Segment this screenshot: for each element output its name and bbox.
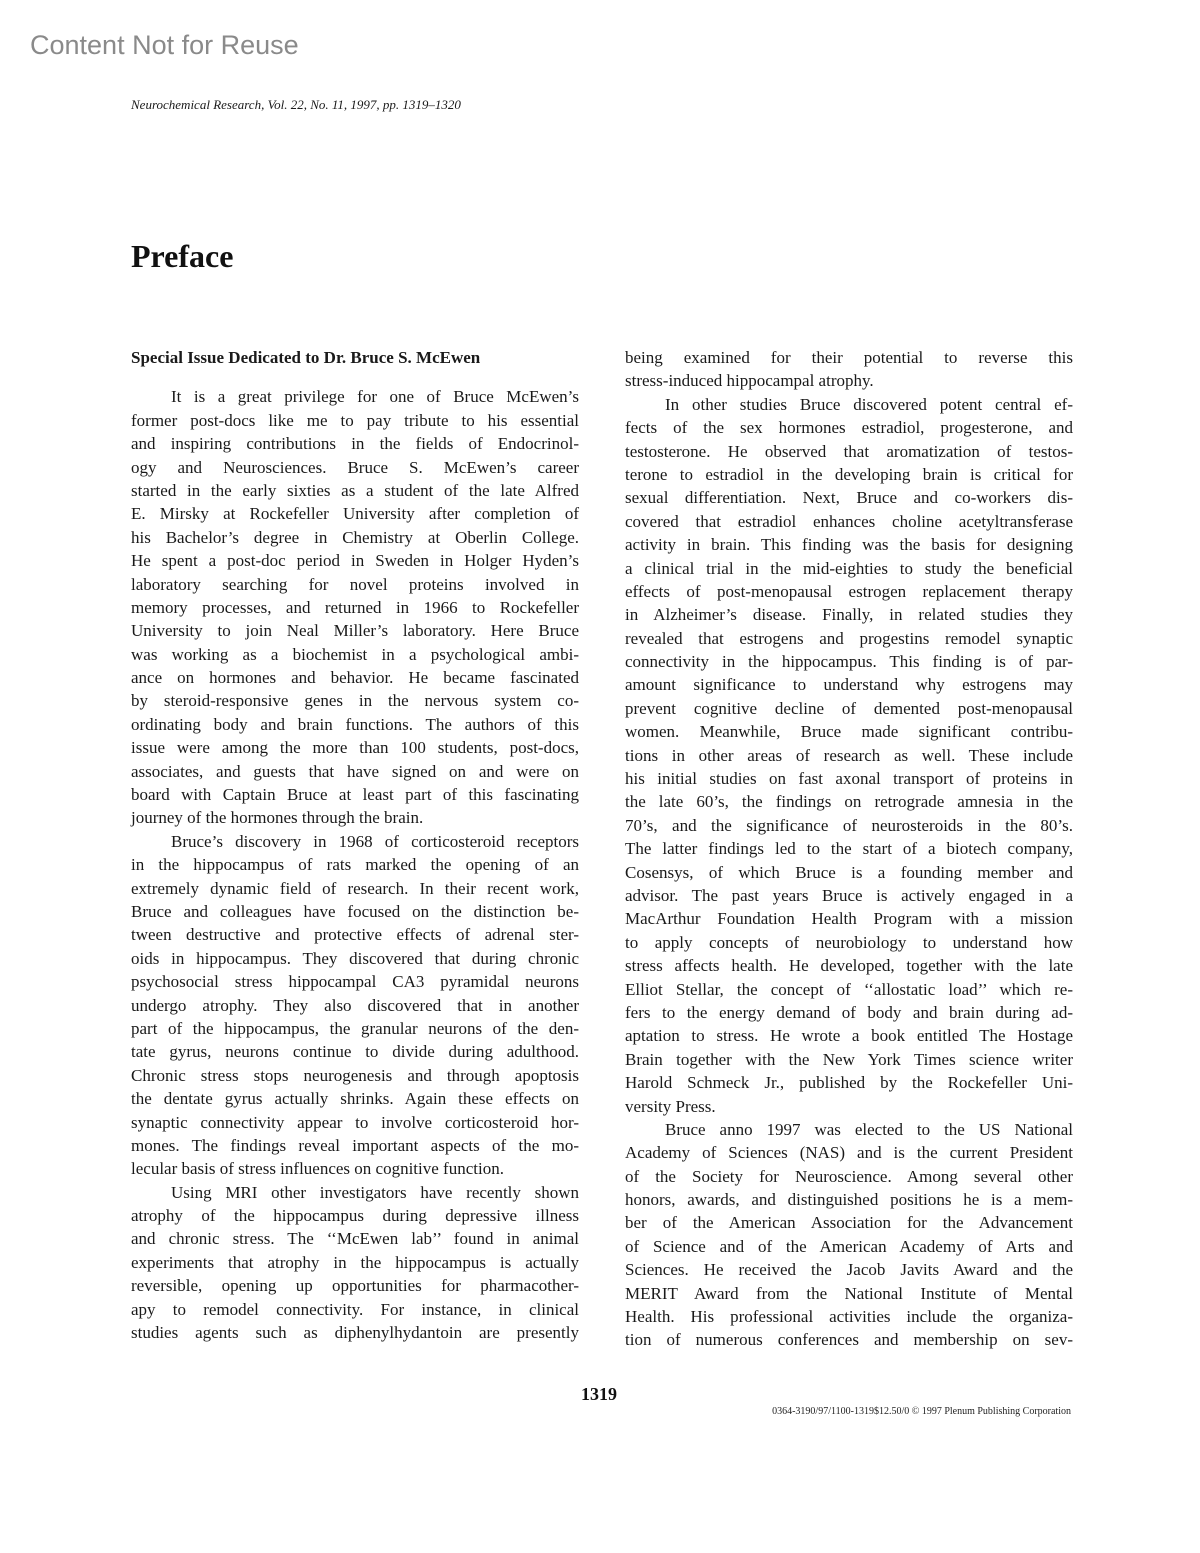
text-line: tions in other areas of research as well… [625, 744, 1073, 767]
text-line: synaptic connectivity appear to involve … [131, 1111, 579, 1134]
text-line: MERIT Award from the National Institute … [625, 1282, 1073, 1305]
text-line: Brain together with the New York Times s… [625, 1048, 1073, 1071]
text-line: University to join Neal Miller’s laborat… [131, 619, 579, 642]
text-line: part of the hippocampus, the granular ne… [131, 1017, 579, 1040]
text-line: oids in hippocampus. They discovered tha… [131, 947, 579, 970]
text-line: the dentate gyrus actually shrinks. Agai… [131, 1087, 579, 1110]
text-line: women. Meanwhile, Bruce made significant… [625, 720, 1073, 743]
text-line: board with Captain Bruce at least part o… [131, 783, 579, 806]
left-column: Special Issue Dedicated to Dr. Bruce S. … [131, 346, 579, 1344]
text-line: activity in brain. This finding was the … [625, 533, 1073, 556]
watermark: Content Not for Reuse [30, 30, 299, 61]
text-line: The latter findings led to the start of … [625, 837, 1073, 860]
text-line: It is a great privilege for one of Bruce… [131, 385, 579, 408]
text-line: sexual differentiation. Next, Bruce and … [625, 486, 1073, 509]
journal-citation: Neurochemical Research, Vol. 22, No. 11,… [131, 97, 461, 113]
text-line: tion of numerous conferences and members… [625, 1328, 1073, 1351]
body-paragraph: Using MRI other investigators have recen… [131, 1181, 579, 1345]
text-line: revealed that estrogens and progestins r… [625, 627, 1073, 650]
text-line: ber of the American Association for the … [625, 1211, 1073, 1234]
text-line: Cosensys, of which Bruce is a founding m… [625, 861, 1073, 884]
text-line: extremely dynamic field of research. In … [131, 877, 579, 900]
body-paragraph: Bruce anno 1997 was elected to the US Na… [625, 1118, 1073, 1352]
text-line: ance on hormones and behavior. He became… [131, 666, 579, 689]
text-line: In other studies Bruce discovered potent… [625, 393, 1073, 416]
text-line: psychosocial stress hippocampal CA3 pyra… [131, 970, 579, 993]
text-line: a clinical trial in the mid-eighties to … [625, 557, 1073, 580]
text-line: the late 60’s, the findings on retrograd… [625, 790, 1073, 813]
text-line: covered that estradiol enhances choline … [625, 510, 1073, 533]
text-line: tween destructive and protective effects… [131, 923, 579, 946]
text-line: former post-docs like me to pay tribute … [131, 409, 579, 432]
text-line: fers to the energy demand of body and br… [625, 1001, 1073, 1024]
text-line: Elliot Stellar, the concept of ‘‘allosta… [625, 978, 1073, 1001]
text-line: honors, awards, and distinguished positi… [625, 1188, 1073, 1211]
text-line: of Science and of the American Academy o… [625, 1235, 1073, 1258]
text-line: tate gyrus, neurons continue to divide d… [131, 1040, 579, 1063]
text-line: lecular basis of stress influences on co… [131, 1157, 579, 1180]
text-line: MacArthur Foundation Health Program with… [625, 907, 1073, 930]
body-paragraph: It is a great privilege for one of Bruce… [131, 385, 579, 829]
text-line: He spent a post-doc period in Sweden in … [131, 549, 579, 572]
text-line: being examined for their potential to re… [625, 346, 1073, 369]
text-line: apy to remodel connectivity. For instanc… [131, 1298, 579, 1321]
body-paragraph: In other studies Bruce discovered potent… [625, 393, 1073, 1118]
body-paragraph: Bruce’s discovery in 1968 of corticoster… [131, 830, 579, 1181]
text-line: in Alzheimer’s disease. Finally, in rela… [625, 603, 1073, 626]
text-line: Sciences. He received the Jacob Javits A… [625, 1258, 1073, 1281]
text-line: Chronic stress stops neurogenesis and th… [131, 1064, 579, 1087]
text-line: by steroid-responsive genes in the nervo… [131, 689, 579, 712]
text-line: reversible, opening up opportunities for… [131, 1274, 579, 1297]
body-paragraph: being examined for their potential to re… [625, 346, 1073, 393]
right-column: being examined for their potential to re… [625, 346, 1073, 1352]
text-line: his Bachelor’s degree in Chemistry at Ob… [131, 526, 579, 549]
text-line: laboratory searching for novel proteins … [131, 573, 579, 596]
text-line: stress-induced hippocampal atrophy. [625, 369, 1073, 392]
text-line: ogy and Neurosciences. Bruce S. McEwen’s… [131, 456, 579, 479]
text-line: Bruce’s discovery in 1968 of corticoster… [131, 830, 579, 853]
text-line: started in the early sixties as a studen… [131, 479, 579, 502]
text-line: terone to estradiol in the developing br… [625, 463, 1073, 486]
text-line: his initial studies on fast axonal trans… [625, 767, 1073, 790]
text-line: effects of post-menopausal estrogen repl… [625, 580, 1073, 603]
text-line: associates, and guests that have signed … [131, 760, 579, 783]
section-heading: Special Issue Dedicated to Dr. Bruce S. … [131, 346, 579, 369]
text-line: 70’s, and the significance of neurostero… [625, 814, 1073, 837]
text-line: of the Society for Neuroscience. Among s… [625, 1165, 1073, 1188]
text-line: prevent cognitive decline of demented po… [625, 697, 1073, 720]
text-line: amount significance to understand why es… [625, 673, 1073, 696]
text-line: testosterone. He observed that aromatiza… [625, 440, 1073, 463]
text-line: in the hippocampus of rats marked the op… [131, 853, 579, 876]
text-line: fects of the sex hormones estradiol, pro… [625, 416, 1073, 439]
text-line: memory processes, and returned in 1966 t… [131, 596, 579, 619]
text-line: E. Mirsky at Rockefeller University afte… [131, 502, 579, 525]
copyright-notice: 0364-3190/97/1100-1319$12.50/0 © 1997 Pl… [772, 1406, 1071, 1417]
text-line: was working as a biochemist in a psychol… [131, 643, 579, 666]
text-line: Bruce and colleagues have focused on the… [131, 900, 579, 923]
text-line: mones. The findings reveal important asp… [131, 1134, 579, 1157]
page-title: Preface [131, 238, 233, 275]
text-line: ordinating body and brain functions. The… [131, 713, 579, 736]
text-line: undergo atrophy. They also discovered th… [131, 994, 579, 1017]
text-line: and inspiring contributions in the field… [131, 432, 579, 455]
text-line: and chronic stress. The ‘‘McEwen lab’’ f… [131, 1227, 579, 1250]
text-line: Health. His professional activities incl… [625, 1305, 1073, 1328]
text-line: atrophy of the hippocampus during depres… [131, 1204, 579, 1227]
text-line: studies agents such as diphenylhydantoin… [131, 1321, 579, 1344]
text-line: Harold Schmeck Jr., published by the Roc… [625, 1071, 1073, 1094]
text-line: aptation to stress. He wrote a book enti… [625, 1024, 1073, 1047]
text-line: versity Press. [625, 1095, 1073, 1118]
text-line: Bruce anno 1997 was elected to the US Na… [625, 1118, 1073, 1141]
text-line: Academy of Sciences (NAS) and is the cur… [625, 1141, 1073, 1164]
text-line: Using MRI other investigators have recen… [131, 1181, 579, 1204]
page-number: 1319 [581, 1384, 617, 1405]
text-line: issue were among the more than 100 stude… [131, 736, 579, 759]
text-line: connectivity in the hippocampus. This fi… [625, 650, 1073, 673]
text-line: to apply concepts of neurobiology to und… [625, 931, 1073, 954]
text-line: stress affects health. He developed, tog… [625, 954, 1073, 977]
text-line: journey of the hormones through the brai… [131, 806, 579, 829]
text-line: experiments that atrophy in the hippocam… [131, 1251, 579, 1274]
text-line: advisor. The past years Bruce is activel… [625, 884, 1073, 907]
